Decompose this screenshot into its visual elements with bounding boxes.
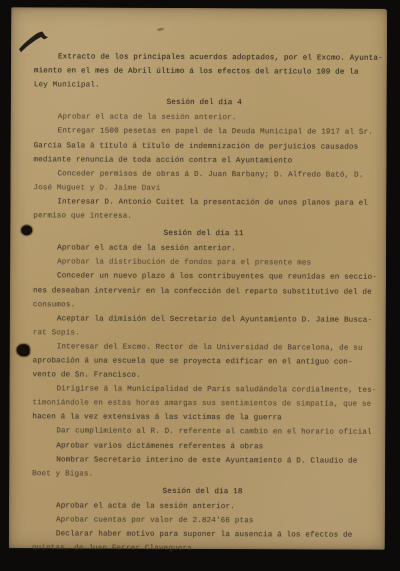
document-line: Extracto de los principales acuerdos ado… [34,50,375,66]
document-line: Interesar del Excmo. Rector de la Univer… [33,340,374,356]
document-line: Aprobar el acta de la sesión anterior. [33,241,374,257]
document-line: quintas, de Juan Ferrer Claveguera. [32,541,373,557]
punch-hole [21,225,32,235]
document-line: timoniándole en estas horas amargas sus … [32,397,373,413]
document-line: vento de Sn. Francisco. [33,368,374,384]
document-line: Sesión del día 18 [32,484,373,500]
document-line: permiso que interesa. [33,209,374,225]
paper-speck [157,27,164,31]
punch-hole [17,344,30,356]
document-line: Aprobar la distribución de fondos para e… [33,256,374,272]
document-line: Aprobar el acta de la sesión anterior. [32,499,373,515]
document-line: Boet y Bigas. [32,467,373,483]
document-line: rat Sopís. [33,326,374,342]
document-line: Sesión del día 11 [33,226,374,242]
document-line: mediante renuncia de toda acción contra … [33,153,374,169]
document-line: Entregar 1500 pesetas en papel de la Deu… [34,125,375,141]
document-line: Dar cumplimiento al R. D. referente al c… [32,425,373,441]
document-line: nes deseaban intervenir en la confección… [33,284,374,300]
document-line: José Muguet y D. Jaime Daví [33,181,374,197]
document-line: miento en el mes de Abril último á los e… [34,64,375,80]
typewritten-text: Extracto de los principales acuerdos ado… [32,50,375,557]
document-line: García Sala á título á título de indemni… [34,139,375,155]
document-line: aprobación á una escuela que se proyecta… [33,354,374,370]
document-line: Aprobar cuentas por valor de 2.824'66 pt… [32,513,373,529]
document-line: Nombrar Secretario interino de este Ayun… [32,453,373,469]
document-line: consumos. [33,298,374,314]
document-line: Sesión del día 4 [34,96,375,112]
document-photo: Extracto de los principales acuerdos ado… [0,0,400,571]
document-page: Extracto de los principales acuerdos ado… [9,7,387,550]
document-line: Aprobar varios dictámenes referentes á o… [32,439,373,455]
document-line: Aceptar la dimisión del Secretario del A… [33,312,374,328]
document-line: hacen á la vez extensivas á las víctimas… [32,411,373,427]
document-line: Conceder permisos de obras á D. Juan Bar… [33,167,374,183]
document-line: Aprobar el acta de la sesión anterior. [34,111,375,127]
document-line: Dirigirse á la Municipalidad de París sa… [32,382,373,398]
document-line: Conceder un nuevo plazo á los contribuye… [33,270,374,286]
document-line: Declarar haber motivo para suponer la au… [32,527,373,543]
document-line: Interesar D. Antonio Cuitet la presentac… [33,195,374,211]
document-line: Ley Municipal. [34,78,375,94]
